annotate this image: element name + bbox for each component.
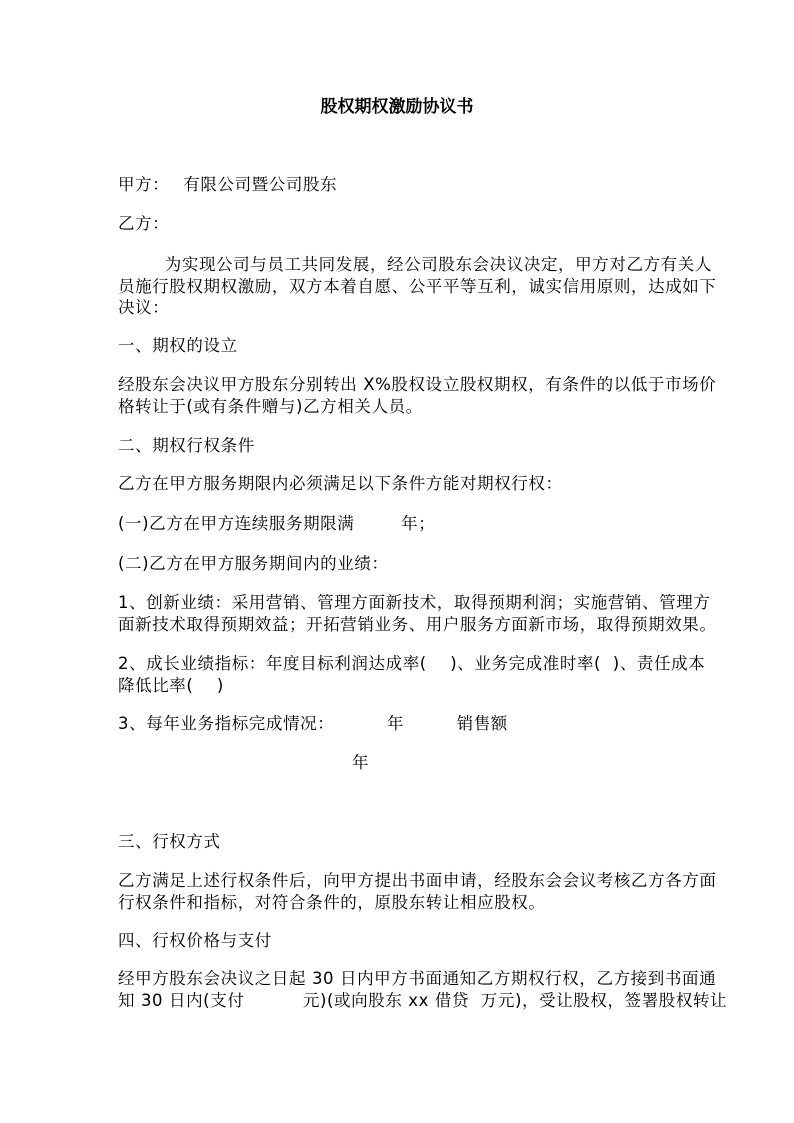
preamble-line: 决议：: [118, 297, 678, 319]
party-a-line: 甲方：有限公司暨公司股东: [118, 174, 678, 196]
section-heading-3: 三、行权方式: [118, 831, 678, 853]
document-page: 股权期权激励协议书 甲方：有限公司暨公司股东 乙方： 为实现公司与员工共同发展，…: [0, 0, 794, 1123]
paragraph-line: 格转让于(或有条件赠与)乙方相关人员。: [118, 396, 678, 418]
preamble-line: 员施行股权期权激励，双方本着自愿、公平平等互利，诚实信用原则，达成如下: [118, 276, 678, 298]
paragraph-line: 经股东会决议甲方股东分别转出 X%股权设立股权期权，有条件的以低于市场价: [118, 374, 678, 396]
paragraph-line: 经甲方股东会决议之日起 30 日内甲方书面通知乙方期权行权，乙方接到书面通: [118, 968, 678, 990]
party-a-label: 甲方：: [118, 175, 169, 194]
paragraph-line: 知 30 日内(支付 元)(或向股东 xx 借贷 万元)，受让股权，签署股权转让: [118, 990, 678, 1012]
section-heading-1: 一、期权的设立: [118, 335, 678, 357]
party-b-label: 乙方：: [118, 213, 678, 235]
condition-2: (二)乙方在甲方服务期间内的业绩：: [118, 553, 678, 575]
paragraph-line: 乙方满足上述行权条件后，向甲方提出书面申请，经股东会会议考核乙方各方面: [118, 870, 678, 892]
section-4-paragraph: 经甲方股东会决议之日起 30 日内甲方书面通知乙方期权行权，乙方接到书面通 知 …: [118, 968, 678, 1011]
section-heading-4: 四、行权价格与支付: [118, 930, 678, 952]
paragraph-line: 行权条件和指标，对符合条件的，原股东转让相应股权。: [118, 892, 678, 914]
section-3-paragraph: 乙方满足上述行权条件后，向甲方提出书面申请，经股东会会议考核乙方各方面 行权条件…: [118, 870, 678, 913]
paragraph-line: 1、创新业绩：采用营销、管理方面新技术，取得预期利润；实施营销、管理方: [118, 592, 678, 614]
section-heading-2: 二、期权行权条件: [118, 435, 678, 457]
section-1-paragraph: 经股东会决议甲方股东分别转出 X%股权设立股权期权，有条件的以低于市场价 格转让…: [118, 374, 678, 417]
document-title: 股权期权激励协议书: [0, 95, 794, 119]
item-2-paragraph: 2、成长业绩指标：年度目标利润达成率( )、业务完成准时率( )、责任成本 降低…: [118, 653, 678, 696]
paragraph-line: 2、成长业绩指标：年度目标利润达成率( )、业务完成准时率( )、责任成本: [118, 653, 678, 675]
item-1-paragraph: 1、创新业绩：采用营销、管理方面新技术，取得预期利润；实施营销、管理方 面新技术…: [118, 592, 678, 635]
preamble-paragraph: 为实现公司与员工共同发展，经公司股东会决议决定，甲方对乙方有关人 员施行股权期权…: [118, 254, 678, 319]
party-a-value: 有限公司暨公司股东: [183, 175, 337, 194]
condition-1: (一)乙方在甲方连续服务期限满 年；: [118, 513, 678, 535]
section-2-intro: 乙方在甲方服务期限内必须满足以下条件方能对期权行权：: [118, 473, 678, 495]
preamble-line: 为实现公司与员工共同发展，经公司股东会决议决定，甲方对乙方有关人: [118, 254, 678, 276]
paragraph-line: 面新技术取得预期效益；开拓营销业务、用户服务方面新市场，取得预期效果。: [118, 614, 678, 636]
paragraph-line: 降低比率( ): [118, 675, 678, 697]
year-label: 年: [352, 752, 392, 774]
item-3-line: 3、每年业务指标完成情况： 年 销售额: [118, 713, 678, 735]
